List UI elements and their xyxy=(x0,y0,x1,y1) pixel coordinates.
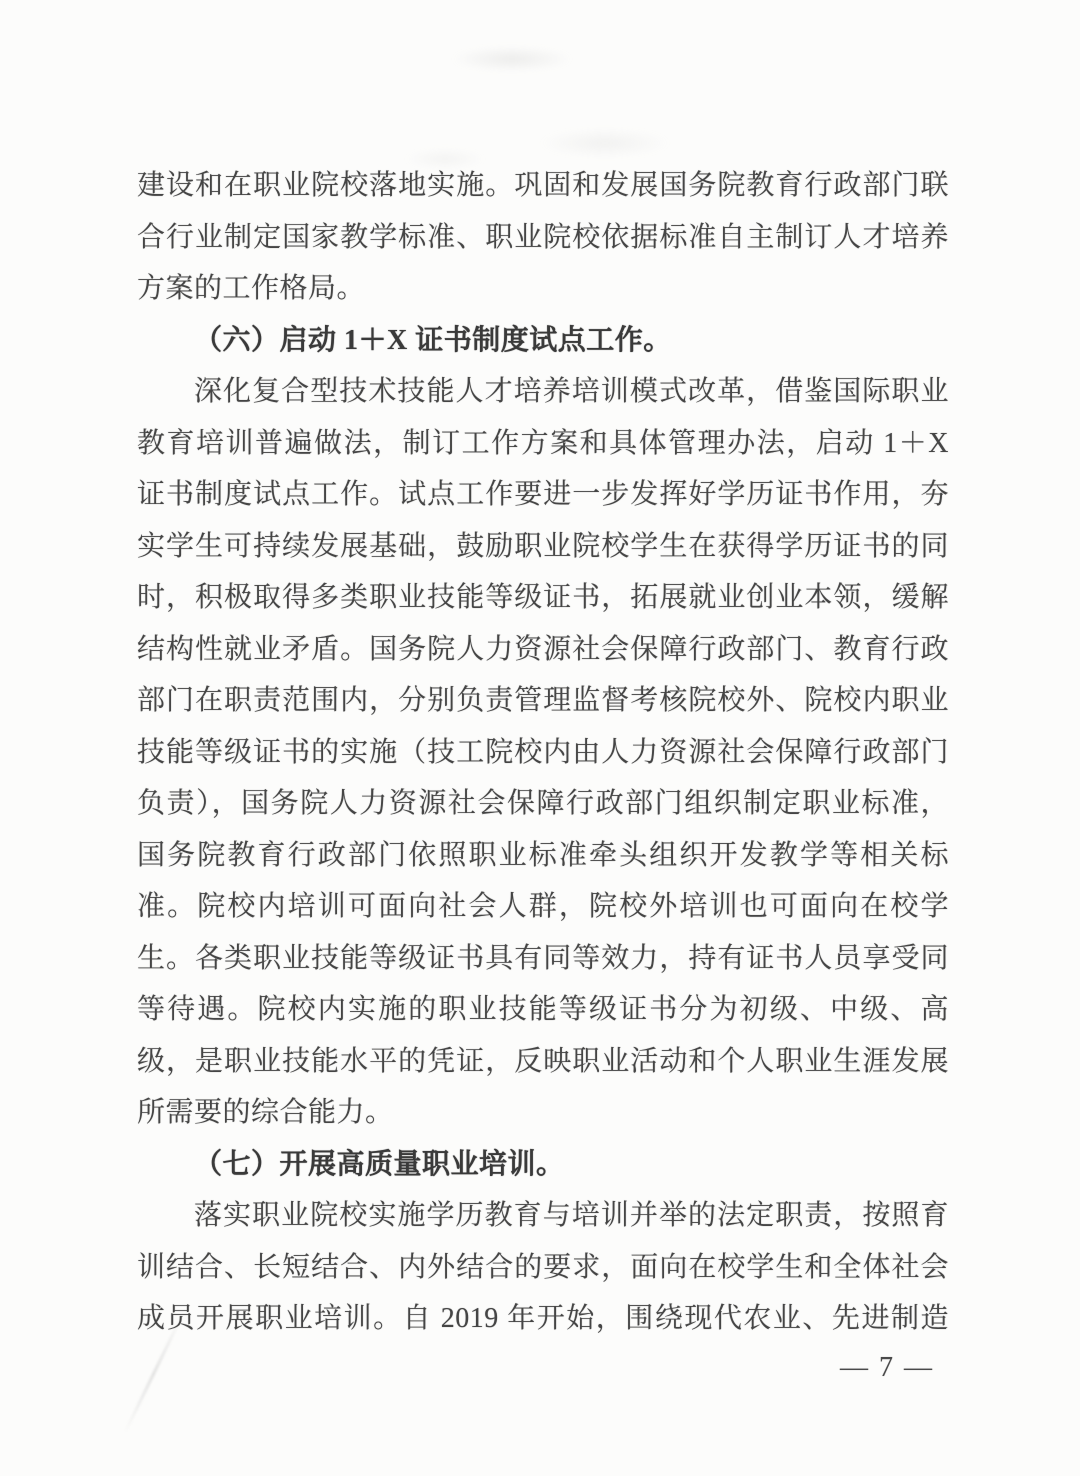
text-line: 落实职业院校实施学历教育与培训并举的法定职责，按照育 xyxy=(137,1190,949,1242)
section-heading: （七）开展高质量职业培训。 xyxy=(137,1139,949,1191)
text-line: 生。各类职业技能等级证书具有同等效力，持有证书人员享受同 xyxy=(137,933,949,985)
text-line: 结构性就业矛盾。国务院人力资源社会保障行政部门、教育行政 xyxy=(137,624,949,676)
text-line: 准。院校内培训可面向社会人群，院校外培训也可面向在校学 xyxy=(137,881,949,933)
text-line: 训结合、长短结合、内外结合的要求，面向在校学生和全体社会 xyxy=(137,1242,949,1294)
text-line: 深化复合型技术技能人才培养培训模式改革，借鉴国际职业 xyxy=(137,366,949,418)
document-page: 建设和在职业院校落地实施。巩固和发展国务院教育行政部门联合行业制定国家教学标准、… xyxy=(0,0,1080,1476)
text-line: 成员开展职业培训。自 2019 年开始，围绕现代农业、先进制造 xyxy=(137,1293,949,1345)
text-line: 时，积极取得多类职业技能等级证书，拓展就业创业本领，缓解 xyxy=(137,572,949,624)
scan-smudge xyxy=(540,128,670,158)
text-line: 方案的工作格局。 xyxy=(137,263,949,315)
text-line: 负责），国务院人力资源社会保障行政部门组织制定职业标准， xyxy=(137,778,949,830)
text-line: 实学生可持续发展基础，鼓励职业院校学生在获得学历证书的同 xyxy=(137,521,949,573)
text-line: 所需要的综合能力。 xyxy=(137,1087,949,1139)
scan-smudge xyxy=(452,46,572,72)
text-line: 证书制度试点工作。试点工作要进一步发挥好学历证书作用，夯 xyxy=(137,469,949,521)
text-line: 技能等级证书的实施（技工院校内由人力资源社会保障行政部门 xyxy=(137,727,949,779)
text-line: 等待遇。院校内实施的职业技能等级证书分为初级、中级、高 xyxy=(137,984,949,1036)
text-line: 部门在职责范围内，分别负责管理监督考核院校外、院校内职业 xyxy=(137,675,949,727)
text-line: 合行业制定国家教学标准、职业院校依据标准自主制订人才培养 xyxy=(137,212,949,264)
section-heading: （六）启动 1＋X 证书制度试点工作。 xyxy=(137,315,949,367)
document-body: 建设和在职业院校落地实施。巩固和发展国务院教育行政部门联合行业制定国家教学标准、… xyxy=(137,160,949,1345)
text-line: 国务院教育行政部门依照职业标准牵头组织开发教学等相关标 xyxy=(137,830,949,882)
text-line: 建设和在职业院校落地实施。巩固和发展国务院教育行政部门联 xyxy=(137,160,949,212)
page-number: — 7 — xyxy=(840,1352,934,1384)
text-line: 教育培训普遍做法，制订工作方案和具体管理办法，启动 1＋X xyxy=(137,418,949,470)
text-line: 级，是职业技能水平的凭证，反映职业活动和个人职业生涯发展 xyxy=(137,1036,949,1088)
